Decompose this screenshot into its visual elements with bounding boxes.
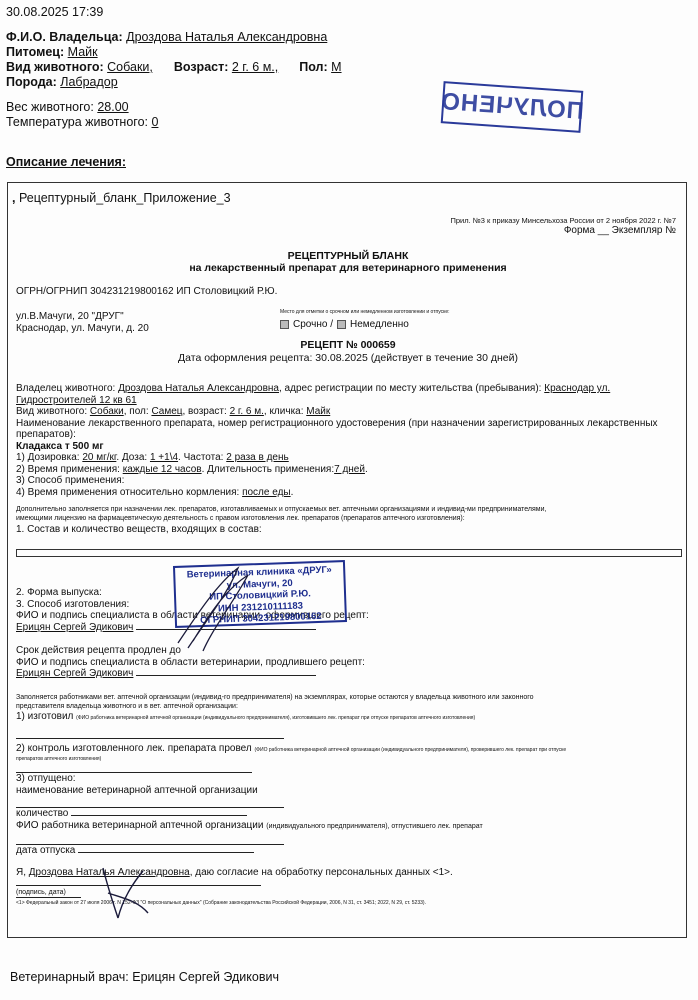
recipe-date: Дата оформления рецепта: 30.08.2025 (дей… [8,352,688,365]
weight-row: Вес животного: 28.00 [6,100,129,115]
pet-row: Питомец: Майк [6,45,98,60]
extra-line-1: Дополнительно заполняется при назначении… [16,505,684,514]
worker-label: ФИО работника ветеринарной аптечной орга… [16,820,263,831]
specialist-name: Ерицян Сергей Эдикович [16,622,133,633]
prescription-document: , Рецептурный_бланк_Приложение_3 Прил. №… [7,182,687,938]
sex-label: Пол: [299,60,327,74]
quantity-label: количество [16,808,68,819]
age-label: Возраст: [174,60,229,74]
recipe-number: РЕЦЕПТ № 000659 [8,339,688,352]
immediate-checkbox[interactable] [337,320,346,329]
breed-value: Лабрадор [60,75,117,89]
species-label: Вид животного: [6,60,104,74]
temperature-value: 0 [151,115,158,129]
doc-sex-value: Самец [151,406,182,417]
dose-label: . Доза: [116,452,147,463]
immediate-label: Немедленно [350,319,409,330]
owner-row: Ф.И.О. Владельца: Дроздова Наталья Алекс… [6,30,327,45]
control-note: (ФИО работника ветеринарной аптечной орг… [255,747,567,753]
recipe-header: РЕЦЕПТ № 000659 Дата оформления рецепта:… [8,339,688,365]
pet-value: Майк [68,45,98,59]
doc-owner-label: Владелец животного: [16,383,115,394]
owner-value: Дроздова Наталья Александровна [126,30,327,44]
patient-info: Владелец животного: Дроздова Наталья Але… [16,383,684,498]
order-reference: Прил. №3 к приказу Минсельхоза России от… [450,216,676,236]
consent-suffix: , даю согласие на обработку персональных… [190,867,453,878]
method-label: 3) Способ применения: [16,475,684,487]
temperature-row: Температура животного: 0 [6,115,158,130]
doc-sex-label: , пол: [124,406,149,417]
doc-species-value: Собаки [90,406,124,417]
reg-label: , адрес регистрации по месту жительства … [279,383,541,394]
age-value: 2 г. 6 м., [232,60,278,74]
species-row: Вид животного: Собаки, Возраст: 2 г. 6 м… [6,60,342,75]
timestamp: 30.08.2025 17:39 [6,5,103,19]
weight-value: 28.00 [97,100,128,114]
breed-label: Порода: [6,75,57,89]
mark-place-label: Место для отметки о срочном или немедлен… [280,309,450,315]
pharmacy-line-1: Заполняется работниками вет. аптечной ор… [16,693,684,702]
species-value: Собаки, [107,60,153,74]
breed-row: Порода: Лабрадор [6,75,118,90]
blank-subtitle-text: на лекарственный препарат для ветеринарн… [8,262,688,274]
blank-title-text: РЕЦЕПТУРНЫЙ БЛАНК [8,250,688,262]
release-date-label: дата отпуска [16,845,75,856]
quantity-line [71,815,247,816]
drug-label-1: Наименование лекарственного препарата, н… [16,418,684,430]
worker-note: (индивидуального предпринимателя), отпус… [266,823,482,830]
time-value: каждые 12 часов [123,464,202,475]
made-line [16,738,284,739]
consent-prefix: Я, [16,867,26,878]
file-name-text: Рецептурный_бланк_Приложение_3 [19,191,231,205]
form-copy-text: Форма __ Экземпляр № [450,226,676,236]
address-line-1: ул.В.Мачуги, 20 "ДРУГ" [16,311,149,323]
vet-name: Ерицян Сергей Эдикович [132,970,279,984]
doc-species-label: Вид животного: [16,406,87,417]
made-note: (ФИО работника ветеринарной аптечной орг… [76,715,475,721]
pharmacy-name-label: наименование ветеринарной аптечной орган… [16,785,684,797]
blank-title: РЕЦЕПТУРНЫЙ БЛАНК на лекарственный препа… [8,250,688,274]
frequency-label: . Частота: [178,452,223,463]
received-stamp: ПОЛУЧЕНО [441,81,584,133]
drug-name: Кладакса т 500 мг [16,441,684,453]
clinic-address: ул.В.Мачуги, 20 "ДРУГ" Краснодар, ул. Ма… [16,311,149,335]
released-label: 3) отпущено: [16,773,684,785]
owner-label: Ф.И.О. Владельца: [6,30,123,44]
doc-nick-value: Майк [306,406,330,417]
dosage-value: 20 мг/кг [82,452,116,463]
pet-label: Питомец: [6,45,64,59]
owner-signature-icon [88,863,158,923]
composition-field[interactable] [16,549,682,557]
urgent-label: Срочно / [293,319,333,330]
urgent-checkbox[interactable] [280,320,289,329]
doc-age-value: 2 г. 6 м. [230,406,264,417]
duration-value: 7 дней [334,464,365,475]
pharmacy-line-2: представителя владельца животного и в ве… [16,702,684,711]
drug-label-2: препаратов): [16,429,684,441]
extra-line-2: имеющими лицензию на фармацевтическую де… [16,514,684,523]
duration-label: . Длительность применения: [202,464,335,475]
extended-specialist-name: Ерицян Сергей Эдикович [16,668,133,679]
doc-nick-label: , кличка: [264,406,304,417]
extended-specialist-label: ФИО и подпись специалиста в области вете… [16,657,369,669]
doc-owner-name: Дроздова Наталья Александровна [118,383,279,394]
frequency-value: 2 раза в день [226,452,289,463]
sex-value: М [331,60,341,74]
doc-age-label: , возраст: [183,406,227,417]
time-label: 2) Время применения: [16,464,120,475]
address-line-2: Краснодар, ул. Мачуги, д. 20 [16,323,149,335]
reg-address-1: Краснодар ул. [544,383,610,394]
reg-address-2: Гидростроителей 12 кв 61 [16,395,137,406]
dosage-label: 1) Дозировка: [16,452,80,463]
vet-footer: Ветеринарный врач: Ерицян Сергей Эдикови… [10,970,279,984]
extended-signature-line [136,675,316,676]
treatment-description-title: Описание лечения: [6,155,126,169]
feeding-value: после еды [242,487,291,498]
extra-info: Дополнительно заполняется при назначении… [16,505,684,535]
temperature-label: Температура животного: [6,115,148,129]
urgency-options: Срочно / Немедленно [280,319,409,330]
ogrn: ОГРН/ОГРНИП 304231219800162 ИП Столовицк… [16,286,277,297]
footnote-separator [16,897,81,898]
composition-label: 1. Состав и количество веществ, входящих… [16,524,684,535]
release-date-line [78,852,254,853]
dose-value: 1 +1\4 [150,452,178,463]
file-name: , Рецептурный_бланк_Приложение_3 [12,191,231,205]
control-label: 2) контроль изготовленного лек. препарат… [16,743,252,754]
vet-label: Ветеринарный врач: [10,970,129,984]
weight-label: Вес животного: [6,100,94,114]
received-stamp-text: ПОЛУЧЕНО [439,88,585,126]
made-label: 1) изготовил [16,711,73,722]
feeding-label: 4) Время применения относительно кормлен… [16,487,239,498]
signature-scribble-icon [168,563,258,653]
